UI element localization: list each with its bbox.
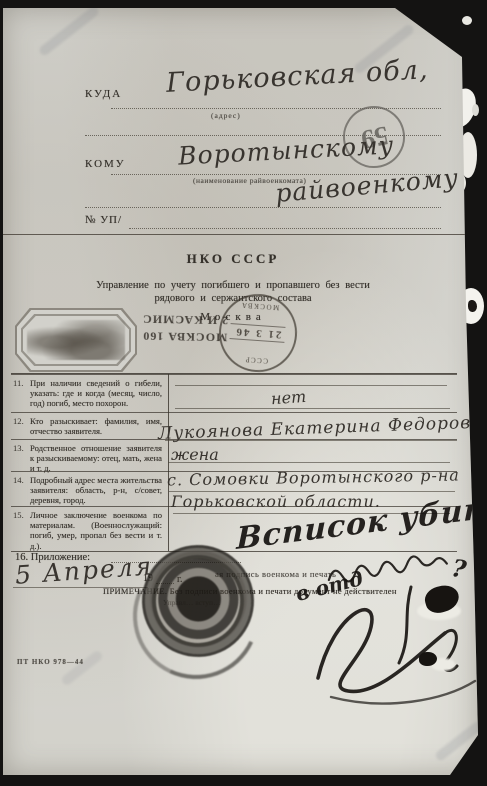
question-number: 12. bbox=[13, 416, 24, 426]
blank-line bbox=[85, 207, 441, 208]
watermark-streak bbox=[434, 720, 484, 762]
up-number-label: № УП/ bbox=[85, 214, 122, 226]
answer-line bbox=[175, 408, 450, 409]
answer-13: жена bbox=[171, 445, 219, 464]
up-number-line bbox=[129, 228, 441, 229]
org-title: НКО СССР bbox=[3, 251, 463, 267]
form-code: ПТ НКО 978—44 bbox=[17, 658, 84, 666]
kuda-hint: (адрес) bbox=[211, 111, 241, 120]
octagonal-stamp-smudge bbox=[27, 320, 125, 360]
komu-label: КОМУ bbox=[85, 158, 126, 170]
question-text: Родственное отношение заявителя к разыск… bbox=[30, 440, 162, 474]
torn-edge-fragment bbox=[472, 104, 479, 116]
answer-line bbox=[175, 385, 447, 386]
question-text: Подробный адрес места жительства заявите… bbox=[30, 472, 162, 506]
signature-scrawl bbox=[293, 583, 487, 713]
postmark-date: 21 3 46 bbox=[230, 323, 286, 343]
postmark-country: СССР bbox=[244, 355, 268, 365]
question-number: 14. bbox=[13, 475, 24, 485]
kuda-underline bbox=[111, 108, 441, 109]
question-text: При наличии сведений о гибели, указать: … bbox=[30, 375, 162, 409]
postmark-city: МОСКВА bbox=[240, 301, 279, 312]
section-divider bbox=[3, 234, 465, 235]
question-number: 13. bbox=[13, 443, 24, 453]
komu-value-2: райвоенкому bbox=[274, 163, 460, 208]
torn-edge-fragment bbox=[462, 16, 472, 25]
watermark-streak bbox=[38, 5, 101, 57]
question-text: Личное заключение военкома по материалам… bbox=[30, 507, 162, 551]
kuda-value: Горьковская обл, bbox=[165, 54, 429, 99]
question-number: 11. bbox=[13, 378, 23, 388]
question-text: Кто разыскивает: фамилия, имя, отчество … bbox=[30, 413, 162, 436]
scanned-document: КУДА Горьковская обл, (адрес) 59 КОМУ Во… bbox=[0, 0, 487, 786]
torn-edge-mark bbox=[468, 300, 477, 312]
octagonal-stamp bbox=[15, 308, 137, 372]
kuda-label: КУДА bbox=[85, 88, 122, 100]
paper: КУДА Горьковская обл, (адрес) 59 КОМУ Во… bbox=[3, 8, 479, 775]
answer-11: нет bbox=[270, 387, 306, 408]
org-subtitle-1: Управление по учету погибшего и пропавше… bbox=[3, 280, 463, 291]
watermark-streak bbox=[60, 649, 104, 686]
question-number: 15. bbox=[13, 510, 24, 520]
